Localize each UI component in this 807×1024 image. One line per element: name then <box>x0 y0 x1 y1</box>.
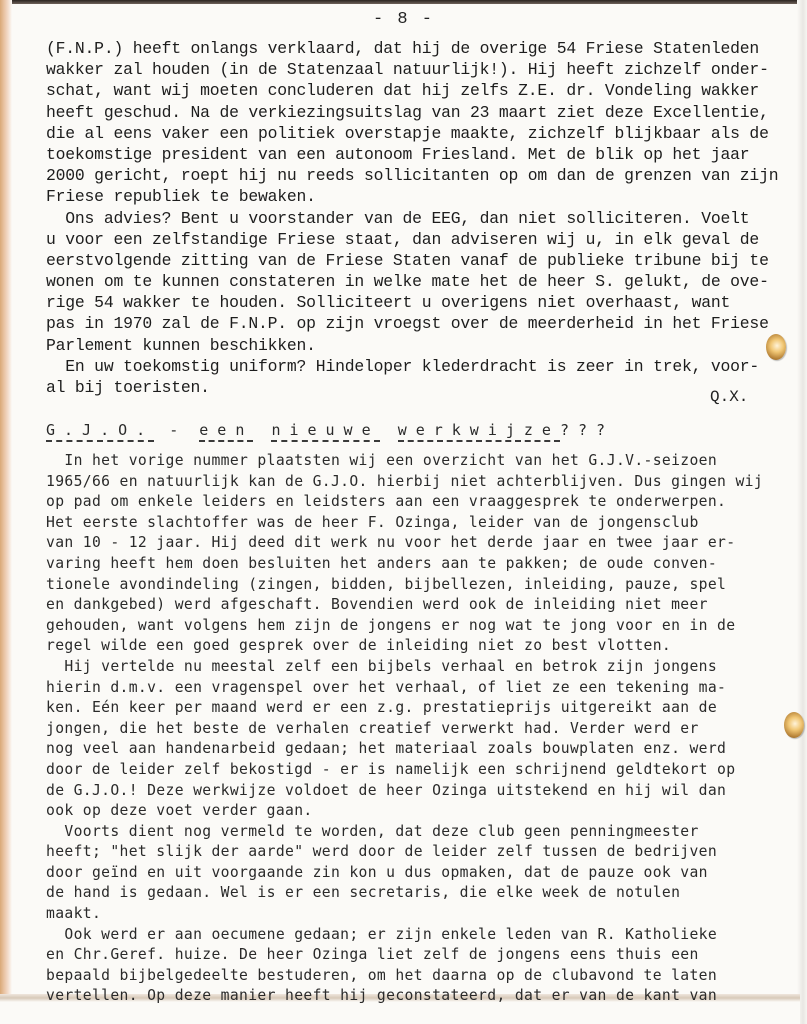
paragraph: Ons advies? Bent u voorstander van de EE… <box>46 208 786 356</box>
text-line: nog veel aan handenarbeid gedaan; het ma… <box>46 739 786 760</box>
text-line: wakker zal houden (in de Statenzaal natu… <box>46 59 786 80</box>
paragraph: En uw toekomstig uniform? Hindeloper kle… <box>46 356 786 398</box>
text-line: (F.N.P.) heeft onlangs verklaard, dat hi… <box>46 38 786 59</box>
heading-werkwijze: werkwijze <box>398 421 560 442</box>
paragraph: Ook werd er aan oecumene gedaan; er zijn… <box>46 925 786 1007</box>
page-right-shadow <box>797 0 807 1024</box>
paragraph: Voorts dient nog vermeld te worden, dat … <box>46 822 786 925</box>
text-line: toekomstige president van een autonoom F… <box>46 144 786 165</box>
text-line: varing heeft hem doen besluiten het ande… <box>46 554 786 575</box>
text-line: En uw toekomstig uniform? Hindeloper kle… <box>46 356 786 377</box>
text-line: u voor een zelfstandige Friese staat, da… <box>46 229 786 250</box>
text-line: bepaald bijbelgedeelte bestuderen, om he… <box>46 966 786 987</box>
heading-nieuwe: nieuwe <box>271 421 379 442</box>
text-line: heeft geschud. Na de verkiezingsuitslag … <box>46 102 786 123</box>
text-line: 1965/66 en natuurlijk kan de G.J.O. hier… <box>46 472 786 493</box>
text-line: heeft; "het slijk der aarde" werd door d… <box>46 842 786 863</box>
section-gjo-article: In het vorige nummer plaatsten wij een o… <box>46 451 786 1007</box>
heading-question-marks: ??? <box>560 421 614 439</box>
text-line: Het eerste slachtoffer was de heer F. Oz… <box>46 513 786 534</box>
text-line: Voorts dient nog vermeld te worden, dat … <box>46 822 786 843</box>
article-heading: G.J.O. - een nieuwe werkwijze??? <box>46 421 614 442</box>
section-fnp-article: (F.N.P.) heeft onlangs verklaard, dat hi… <box>46 38 786 398</box>
paragraph: Hij vertelde nu meestal zelf een bijbels… <box>46 657 786 822</box>
paragraph: In het vorige nummer plaatsten wij een o… <box>46 451 786 657</box>
text-line: maakt. <box>46 904 786 925</box>
text-line: op pad om enkele leiders en leidsters aa… <box>46 492 786 513</box>
text-line: door de leider zelf bekostigd - er is na… <box>46 760 786 781</box>
scanner-top-edge <box>0 0 807 4</box>
paragraph: (F.N.P.) heeft onlangs verklaard, dat hi… <box>46 38 786 208</box>
heading-een: een <box>199 421 253 442</box>
text-line: gehouden, want volgens hem zijn de jonge… <box>46 616 786 637</box>
text-line: door geïnd en uit voorgaande zin kon u d… <box>46 863 786 884</box>
punch-hole-icon <box>784 712 804 738</box>
heading-separator: - <box>154 421 199 439</box>
text-line: Parlement kunnen beschikken. <box>46 335 786 356</box>
scanned-page: - 8 - (F.N.P.) heeft onlangs verklaard, … <box>0 0 807 1024</box>
text-line: 2000 gericht, roept hij nu reeds sollici… <box>46 165 786 186</box>
text-line: Hij vertelde nu meestal zelf een bijbels… <box>46 657 786 678</box>
text-line: pas in 1970 zal de F.N.P. op zijn vroegs… <box>46 313 786 334</box>
page-number: - 8 - <box>0 10 807 29</box>
text-line: van 10 - 12 jaar. Hij deed dit werk nu v… <box>46 533 786 554</box>
text-line: schat, want wij moeten concluderen dat h… <box>46 80 786 101</box>
text-line: ken. Eén keer per maand werd er een z.g.… <box>46 698 786 719</box>
text-line: Friese republiek te bewaken. <box>46 186 786 207</box>
text-line: Ons advies? Bent u voorstander van de EE… <box>46 208 786 229</box>
text-line: tionele avondindeling (zingen, bidden, b… <box>46 575 786 596</box>
text-line: hierin d.m.v. een vragenspel over het ve… <box>46 678 786 699</box>
text-line: regel wilde een goed gesprek over de inl… <box>46 636 786 657</box>
text-line: vertellen. Op deze manier heeft hij geco… <box>46 986 786 1007</box>
text-line: eerstvolgende zitting van de Friese Stat… <box>46 250 786 271</box>
page-binding-edge <box>0 0 12 1024</box>
text-line: Ook werd er aan oecumene gedaan; er zijn… <box>46 925 786 946</box>
text-line: de G.J.O.! Deze werkwijze voldoet de hee… <box>46 781 786 802</box>
text-line: ook op deze voet verder gaan. <box>46 801 786 822</box>
heading-gjo: G.J.O. <box>46 421 154 442</box>
text-line: de hand is gedaan. Wel is er een secreta… <box>46 883 786 904</box>
text-line: en Chr.Geref. huize. De heer Ozinga liet… <box>46 945 786 966</box>
text-line: rige 54 wakker te houden. Solliciteert u… <box>46 292 786 313</box>
text-line: wonen om te kunnen constateren in welke … <box>46 271 786 292</box>
text-line: In het vorige nummer plaatsten wij een o… <box>46 451 786 472</box>
text-line: die al eens vaker een politiek overstapj… <box>46 123 786 144</box>
author-signature: Q.X. <box>710 388 748 406</box>
text-line: en dankgebed) werd afgeschaft. Bovendien… <box>46 595 786 616</box>
text-line: jongen, die het beste de verhalen creati… <box>46 719 786 740</box>
text-line: al bij toeristen. <box>46 377 786 398</box>
